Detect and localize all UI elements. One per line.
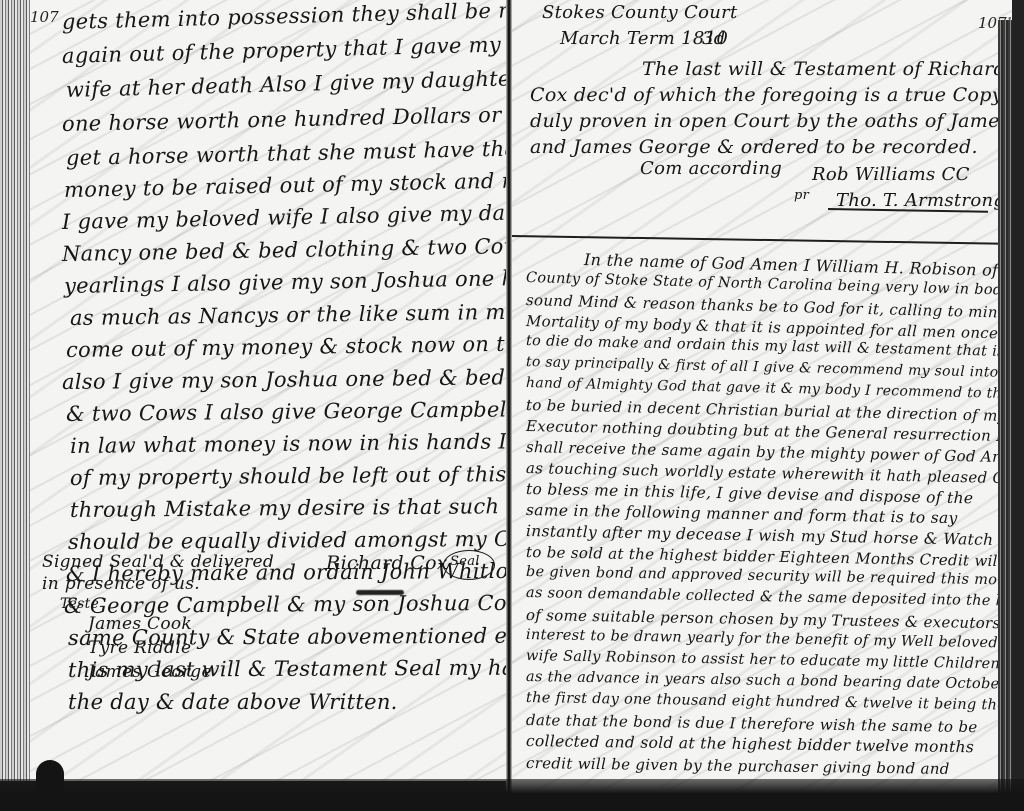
teste-label: Teste xyxy=(60,596,99,612)
left-page: 107 gets them into possession they shall… xyxy=(0,0,506,781)
page-edge-stack-right xyxy=(998,20,1012,800)
text-line: Nancy one bed & bed clothing & two Cows … xyxy=(62,231,506,266)
let-record-note: Com according xyxy=(640,158,782,179)
court-mark: 3d xyxy=(702,28,726,49)
text-line: I gave my beloved wife I also give my da… xyxy=(62,199,506,234)
probate-line: and James George & ordered to be recorde… xyxy=(530,136,978,158)
text-line: in law what money is now in his hands If… xyxy=(70,429,506,458)
text-line: collected and sold at the highest bidder… xyxy=(526,732,974,756)
text-line: money to be raised out of my stock and m… xyxy=(64,166,506,202)
testator-signature: Richard Cox xyxy=(326,552,448,574)
text-line: of my property should be left out of thi… xyxy=(70,462,506,490)
text-line: & two Cows I also give George Campbell m… xyxy=(66,396,506,426)
page-number-left: 107 xyxy=(30,8,59,26)
text-line: through Mistake my desire is that such p… xyxy=(70,493,506,522)
page-edge-stack xyxy=(0,0,30,781)
text-line: as much as Nancys or the like sum in mon… xyxy=(70,299,506,330)
text-line: as soon demandable collected & the same … xyxy=(526,585,1012,610)
signed-sealed-delivered: Signed Seal'd & delivered xyxy=(42,552,274,572)
text-line: the first day one thousand eight hundred… xyxy=(526,690,1006,714)
witness-2: Tyre Riddle xyxy=(88,638,191,658)
probate-line: Cox dec'd of which the foregoing is a tr… xyxy=(530,84,1012,106)
text-line: gets them into possession they shall be … xyxy=(62,0,506,34)
text-line: come out of my money & stock now on the … xyxy=(66,330,506,362)
text-line: again out of the property that I gave my… xyxy=(62,30,506,68)
section-divider xyxy=(512,235,1012,245)
text-line: credit will be given by the purchaser gi… xyxy=(526,754,950,778)
page-curl xyxy=(36,760,64,800)
witness-1: James Cook xyxy=(88,614,192,634)
text-line: should be equally divided amongst my Chi… xyxy=(68,526,506,554)
witness-3: James George xyxy=(88,662,212,682)
bottom-shadow xyxy=(0,779,1024,811)
probate-line: duly proven in open Court by the oaths o… xyxy=(530,110,1012,132)
text-line: wife at her death Also I give my daughte… xyxy=(66,64,506,102)
clerk-signature: Rob Williams CC xyxy=(812,164,970,185)
seal-text: Seal xyxy=(450,554,480,569)
ink-blot xyxy=(356,590,404,595)
probate-line: The last will & Testament of Richard xyxy=(642,58,1006,80)
text-line: yearlings I also give my son Joshua one … xyxy=(64,264,506,298)
text-line: the day & date above Written. xyxy=(68,690,398,714)
court-name: Stokes County Court xyxy=(542,2,738,23)
text-line: get a horse worth that she must have tha… xyxy=(66,135,506,170)
text-line: as the advance in years also such a bond… xyxy=(526,669,1007,693)
book-spread: 107 gets them into possession they shall… xyxy=(0,0,1024,811)
text-line: also I give my son Joshua one bed & bed … xyxy=(62,364,506,394)
per-abbreviation: pr xyxy=(794,188,809,203)
right-page: 107½ Stokes County Court March Term 1810… xyxy=(512,0,1012,800)
text-line: wife Sally Robinson to assist her to edu… xyxy=(526,648,1000,672)
in-presence-of: in presence of us. xyxy=(42,574,200,594)
text-line: one horse worth one hundred Dollars or i… xyxy=(62,100,506,136)
book-gutter xyxy=(506,0,512,800)
